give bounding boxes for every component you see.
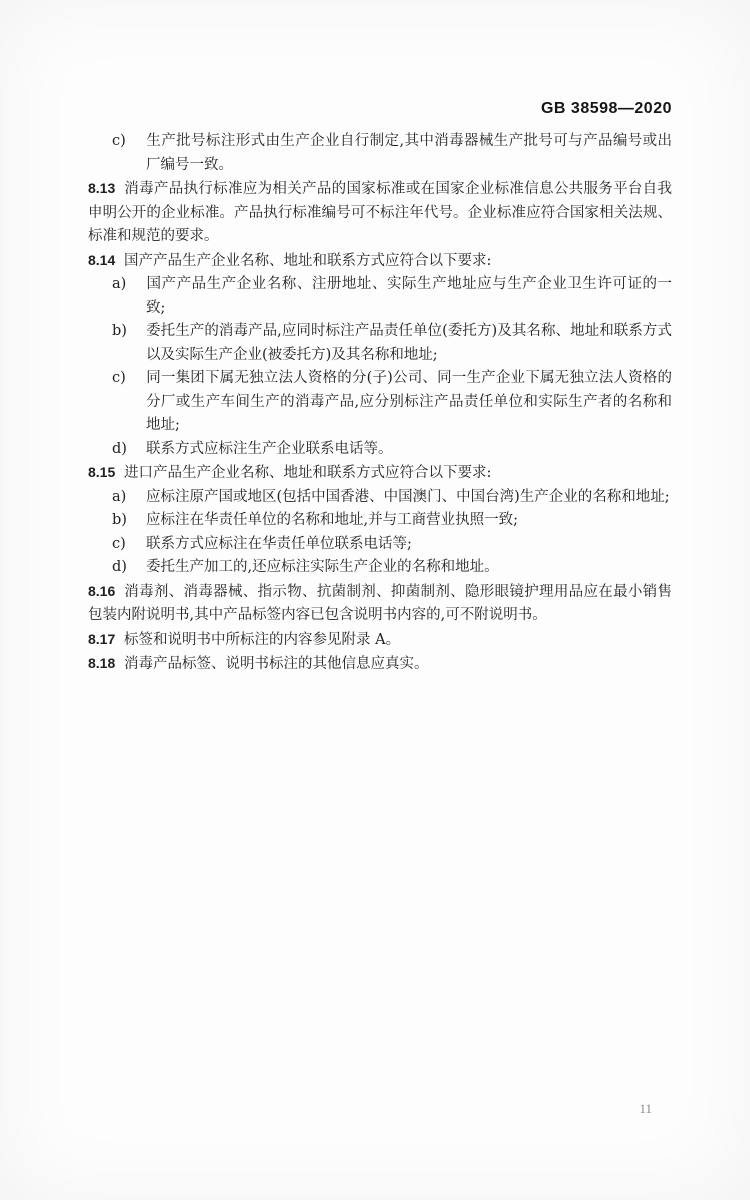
clause-8-16: 8.16消毒剂、消毒器械、指示物、抗菌制剂、抑菌制剂、隐形眼镜护理用品应在最小销… <box>88 580 672 628</box>
list-marker: c) <box>112 130 146 154</box>
list-item-c-group: c)同一集团下属无独立法人资格的分(子)公司、同一生产企业下属无独立法人资格的分… <box>88 367 672 438</box>
clause-text: 标签和说明书中所标注的内容参见附录 A。 <box>124 632 400 648</box>
list-item-d-contact: d)联系方式应标注生产企业联系电话等。 <box>88 438 672 462</box>
list-item-a-domestic: a)国产产品生产企业名称、注册地址、实际生产地址应与生产企业卫生许可证的一致; <box>88 273 672 320</box>
list-marker: d) <box>112 438 146 462</box>
list-item-text: 委托生产加工的,还应标注实际生产企业的名称和地址。 <box>146 559 499 575</box>
list-item-text: 应标注原产国或地区(包括中国香港、中国澳门、中国台湾)生产企业的名称和地址; <box>146 489 670 505</box>
list-marker: b) <box>112 509 146 533</box>
list-item-text: 联系方式应标注在华责任单位联系电话等; <box>146 536 412 552</box>
list-item-text: 应标注在华责任单位的名称和地址,并与工商营业执照一致; <box>146 512 518 528</box>
list-item-text: 同一集团下属无独立法人资格的分(子)公司、同一生产企业下属无独立法人资格的分厂或… <box>146 370 672 433</box>
clause-number: 8.15 <box>88 461 124 485</box>
list-item-b-entrusted: b)委托生产的消毒产品,应同时标注产品责任单位(委托方)及其名称、地址和联系方式… <box>88 320 672 367</box>
clause-text: 消毒产品执行标准应为相关产品的国家标准或在国家企业标准信息公共服务平台自我申明公… <box>88 181 672 244</box>
list-item-b-china-agent: b)应标注在华责任单位的名称和地址,并与工商营业执照一致; <box>88 509 672 533</box>
clause-text: 消毒产品标签、说明书标注的其他信息应真实。 <box>124 656 429 672</box>
clause-8-14: 8.14国产产品生产企业名称、地址和联系方式应符合以下要求: <box>88 249 672 274</box>
clause-text: 消毒剂、消毒器械、指示物、抗菌制剂、抑菌制剂、隐形眼镜护理用品应在最小销售包装内… <box>88 584 672 624</box>
list-item-text: 联系方式应标注生产企业联系电话等。 <box>146 441 393 457</box>
list-item-c-batch-number: c)生产批号标注形式由生产企业自行制定,其中消毒器械生产批号可与产品编号或出厂编… <box>88 130 672 177</box>
clause-8-15: 8.15进口产品生产企业名称、地址和联系方式应符合以下要求: <box>88 461 672 486</box>
list-item-text: 委托生产的消毒产品,应同时标注产品责任单位(委托方)及其名称、地址和联系方式以及… <box>146 323 672 363</box>
clause-number: 8.17 <box>88 628 124 652</box>
list-item-text: 生产批号标注形式由生产企业自行制定,其中消毒器械生产批号可与产品编号或出厂编号一… <box>146 133 672 173</box>
standard-number-header: GB 38598—2020 <box>88 100 672 118</box>
page-number: 11 <box>0 1101 652 1117</box>
list-item-text: 国产产品生产企业名称、注册地址、实际生产地址应与生产企业卫生许可证的一致; <box>146 276 672 316</box>
list-marker: d) <box>112 556 146 580</box>
clause-8-17: 8.17标签和说明书中所标注的内容参见附录 A。 <box>88 628 672 653</box>
clause-number: 8.18 <box>88 652 124 676</box>
clause-8-18: 8.18消毒产品标签、说明书标注的其他信息应真实。 <box>88 652 672 677</box>
list-item-a-origin: a)应标注原产国或地区(包括中国香港、中国澳门、中国台湾)生产企业的名称和地址; <box>88 486 672 510</box>
clause-number: 8.13 <box>88 177 124 201</box>
list-item-d-entrusted-import: d)委托生产加工的,还应标注实际生产企业的名称和地址。 <box>88 556 672 580</box>
list-marker: c) <box>112 533 146 557</box>
list-marker: b) <box>112 320 146 344</box>
clause-text: 进口产品生产企业名称、地址和联系方式应符合以下要求: <box>124 465 491 481</box>
clause-text: 国产产品生产企业名称、地址和联系方式应符合以下要求: <box>124 253 491 269</box>
clause-8-13: 8.13消毒产品执行标准应为相关产品的国家标准或在国家企业标准信息公共服务平台自… <box>88 177 672 249</box>
list-marker: a) <box>112 486 146 510</box>
list-marker: a) <box>112 273 146 297</box>
document-page: GB 38598—2020 c)生产批号标注形式由生产企业自行制定,其中消毒器械… <box>0 0 750 1200</box>
clause-number: 8.16 <box>88 580 124 604</box>
document-body: c)生产批号标注形式由生产企业自行制定,其中消毒器械生产批号可与产品编号或出厂编… <box>88 130 672 677</box>
list-item-c-agent-phone: c)联系方式应标注在华责任单位联系电话等; <box>88 533 672 557</box>
list-marker: c) <box>112 367 146 391</box>
clause-number: 8.14 <box>88 249 124 273</box>
